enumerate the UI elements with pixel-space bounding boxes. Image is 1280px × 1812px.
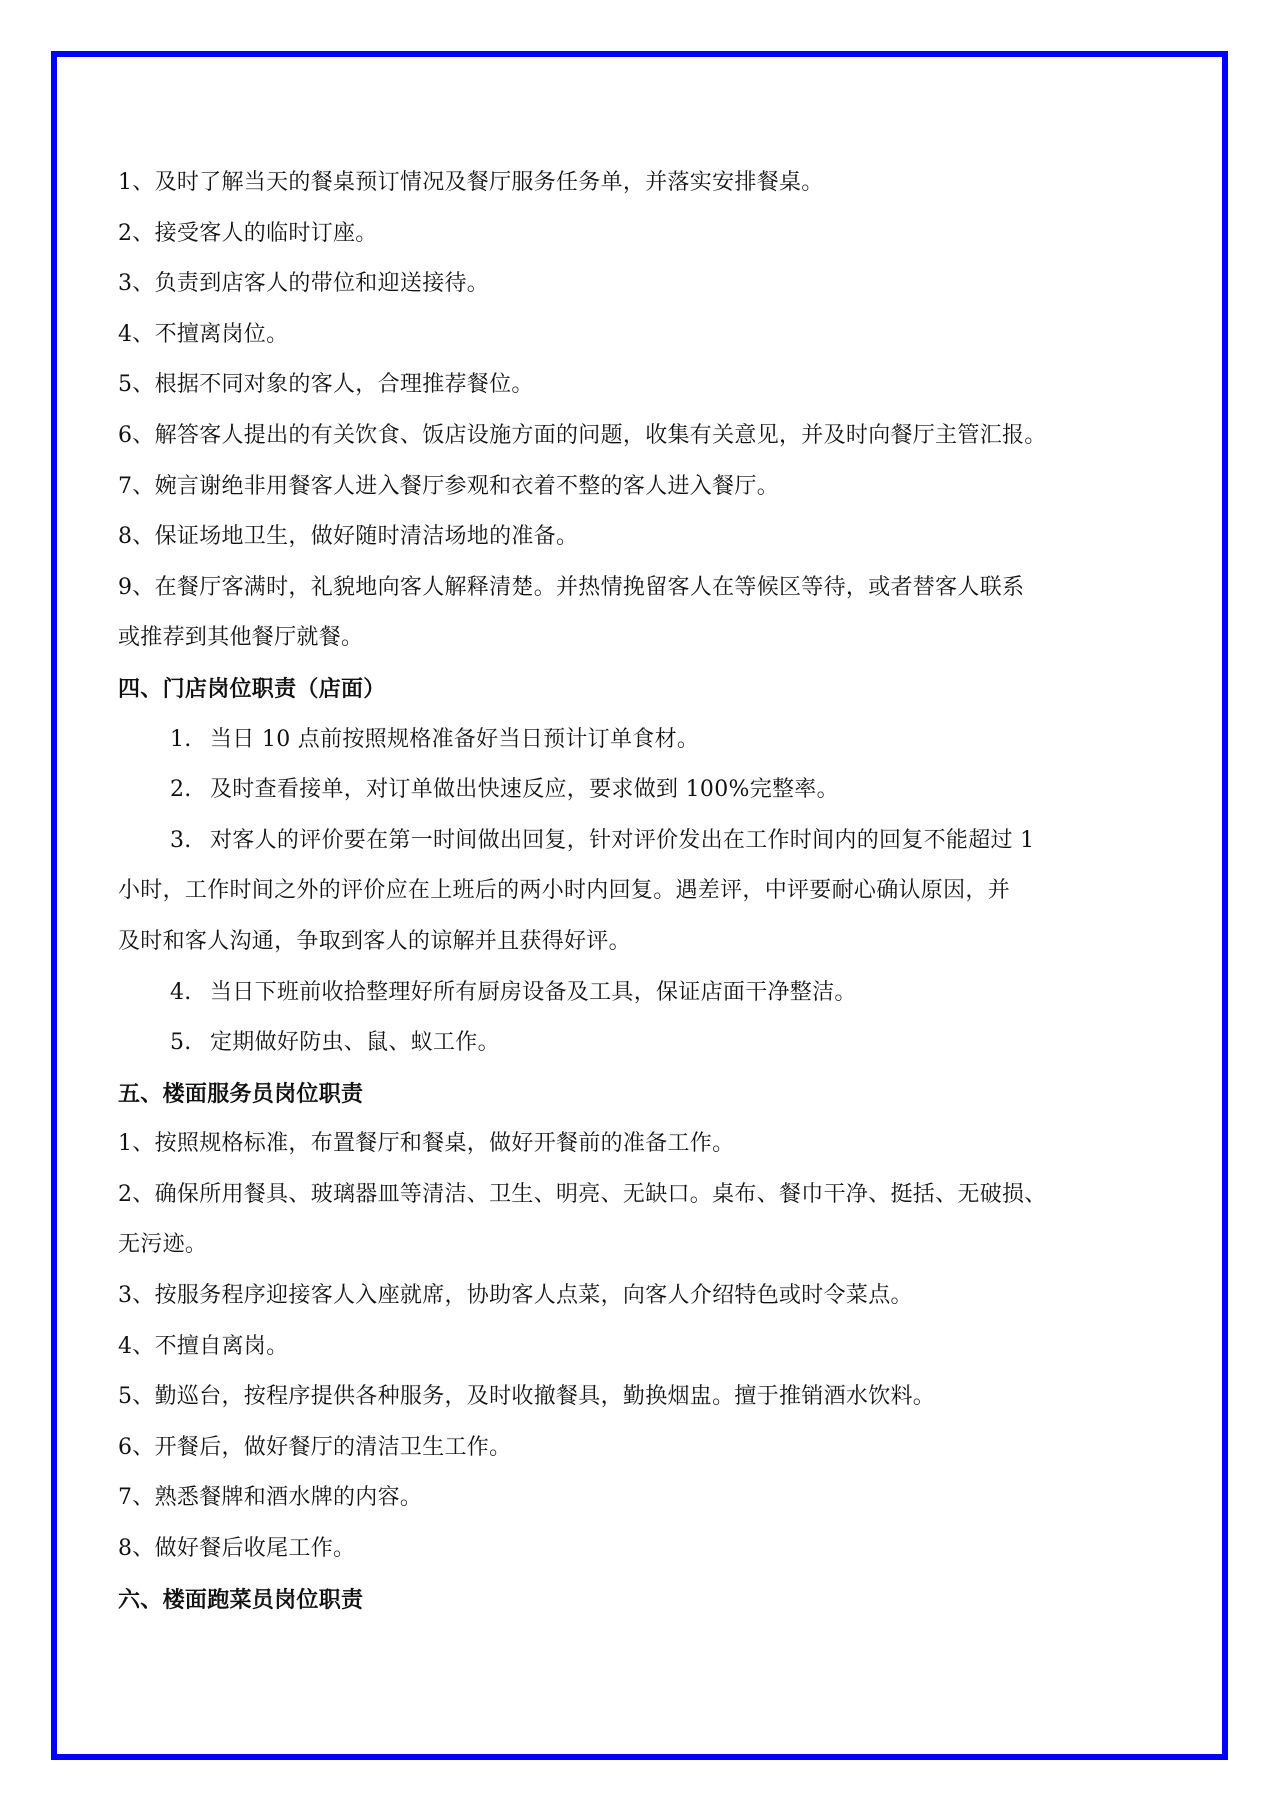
list-item: 6、解答客人提出的有关饮食、饭店设施方面的问题，收集有关意见，并及时向餐厅主管汇…: [118, 411, 1178, 462]
list-item: 1、及时了解当天的餐桌预订情况及餐厅服务任务单，并落实安排餐桌。: [118, 158, 1178, 209]
document-body: 1、及时了解当天的餐桌预订情况及餐厅服务任务单，并落实安排餐桌。 2、接受客人的…: [118, 158, 1178, 1625]
list-item: 3、负责到店客人的带位和迎送接待。: [118, 259, 1178, 310]
list-item: 7、婉言谢绝非用餐客人进入餐厅参观和衣着不整的客人进入餐厅。: [118, 462, 1178, 513]
numbered-item: 2.及时查看接单，对订单做出快速反应，要求做到 100%完整率。: [118, 765, 1178, 816]
list-item: 5、根据不同对象的客人，合理推荐餐位。: [118, 360, 1178, 411]
item-text: 对客人的评价要在第一时间做出回复，针对评价发出在工作时间内的回复不能超过 1: [210, 828, 1034, 853]
list-item: 9、在餐厅客满时，礼貌地向客人解释清楚。并热情挽留客人在等候区等待，或者替客人联…: [118, 563, 1178, 614]
list-item: 8、做好餐后收尾工作。: [118, 1524, 1178, 1575]
list-item: 6、开餐后，做好餐厅的清洁卫生工作。: [118, 1423, 1178, 1474]
numbered-item: 3.对客人的评价要在第一时间做出回复，针对评价发出在工作时间内的回复不能超过 1: [118, 816, 1178, 867]
numbered-item: 5.定期做好防虫、鼠、蚁工作。: [118, 1018, 1178, 1069]
list-item-continuation: 或推荐到其他餐厅就餐。: [118, 613, 1178, 664]
item-number: 3.: [170, 816, 210, 867]
item-number: 1.: [170, 715, 210, 766]
section-heading-store-duties: 四、门店岗位职责（店面）: [118, 664, 1178, 715]
item-text: 当日下班前收拾整理好所有厨房设备及工具，保证店面干净整洁。: [210, 980, 857, 1005]
section-heading-runner-duties: 六、楼面跑菜员岗位职责: [118, 1575, 1178, 1626]
list-item: 7、熟悉餐牌和酒水牌的内容。: [118, 1473, 1178, 1524]
item-text: 及时查看接单，对订单做出快速反应，要求做到 100%完整率。: [210, 777, 839, 802]
item-number: 5.: [170, 1018, 210, 1069]
list-item: 4、不擅自离岗。: [118, 1322, 1178, 1373]
list-item: 3、按服务程序迎接客人入座就席，协助客人点菜，向客人介绍特色或时令菜点。: [118, 1271, 1178, 1322]
list-item-continuation: 无污迹。: [118, 1220, 1178, 1271]
list-item-continuation: 小时，工作时间之外的评价应在上班后的两小时内回复。遇差评，中评要耐心确认原因，并: [118, 866, 1178, 917]
list-item: 1、按照规格标准，布置餐厅和餐桌，做好开餐前的准备工作。: [118, 1119, 1178, 1170]
list-item: 8、保证场地卫生，做好随时清洁场地的准备。: [118, 512, 1178, 563]
list-item: 2、确保所用餐具、玻璃器皿等清洁、卫生、明亮、无缺口。桌布、餐巾干净、挺括、无破…: [118, 1170, 1178, 1221]
item-text: 当日 10 点前按照规格准备好当日预计订单食材。: [210, 727, 699, 752]
list-item: 2、接受客人的临时订座。: [118, 209, 1178, 260]
list-item: 4、不擅离岗位。: [118, 310, 1178, 361]
numbered-item: 1.当日 10 点前按照规格准备好当日预计订单食材。: [118, 715, 1178, 766]
section-heading-waiter-duties: 五、楼面服务员岗位职责: [118, 1069, 1178, 1120]
item-text: 定期做好防虫、鼠、蚁工作。: [210, 1030, 500, 1055]
numbered-item: 4.当日下班前收拾整理好所有厨房设备及工具，保证店面干净整洁。: [118, 968, 1178, 1019]
item-number: 4.: [170, 968, 210, 1019]
list-item-continuation: 及时和客人沟通，争取到客人的谅解并且获得好评。: [118, 917, 1178, 968]
item-number: 2.: [170, 765, 210, 816]
list-item: 5、勤巡台，按程序提供各种服务，及时收撤餐具，勤换烟盅。擅于推销酒水饮料。: [118, 1372, 1178, 1423]
